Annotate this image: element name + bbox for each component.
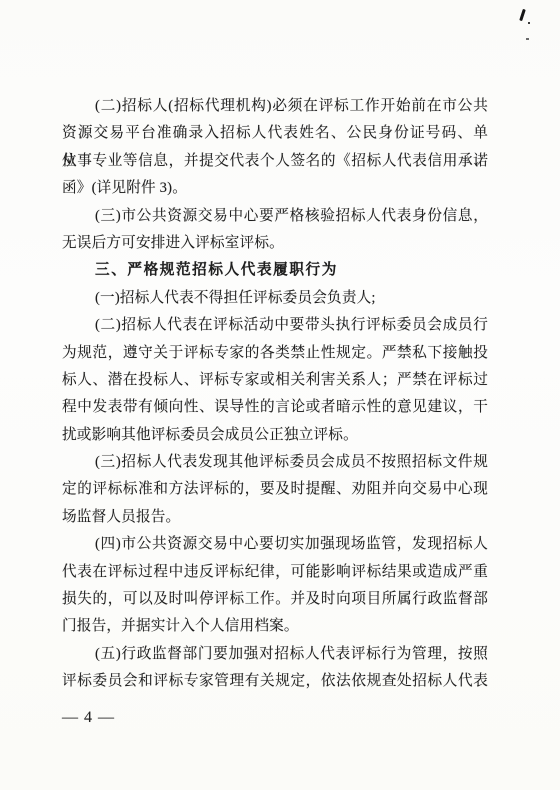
text-line: 标人、潜在投标人、评标专家或相关利害关系人；严禁在评标过 <box>62 367 488 394</box>
scan-noise-dot <box>526 38 529 40</box>
scan-noise-dot <box>528 22 530 24</box>
text-line: 函》(详见附件 3)。 <box>62 175 488 202</box>
text-line: (二)招标人(招标代理机构)必须在评标工作开始前在市公共 <box>62 93 488 120</box>
text-line: (三)市公共资源交易中心要严格核验招标人代表身份信息， <box>62 203 488 230</box>
text-line: (三)招标人代表发现其他评标委员会成员不按照招标文件规 <box>62 449 488 476</box>
text-line: 损失的，可以及时叫停评标工作。并及时向项目所属行政监督部 <box>62 586 488 613</box>
scan-noise-tick <box>519 9 526 21</box>
text-line: 无误后方可安排进入评标室评标。 <box>62 230 488 257</box>
text-line: 为规范，遵守关于评标专家的各类禁止性规定。严禁私下接触投 <box>62 340 488 367</box>
scan-noise-mark <box>500 0 560 60</box>
text-line: 代表在评标过程中违反评标纪律，可能影响评标结果或造成严重 <box>62 559 488 586</box>
text-line: 评标委员会和评标专家管理有关规定，依法依规查处招标人代表 <box>62 668 488 695</box>
document-text-block: (二)招标人(招标代理机构)必须在评标工作开始前在市公共资源交易平台准确录入招标… <box>62 93 488 696</box>
page-number: — 4 — <box>62 707 115 729</box>
text-line: 资源交易平台准确录入招标人代表姓名、公民身份证号码、单位、 <box>62 120 488 147</box>
text-line: 门报告，并据实计入个人信用档案。 <box>62 613 488 640</box>
text-line: 程中发表带有倾向性、误导性的言论或者暗示性的意见建议，干 <box>62 394 488 421</box>
text-line: 定的评标标准和方法评标的，要及时提醒、劝阻并向交易中心现 <box>62 476 488 503</box>
text-line: (五)行政监督部门要加强对招标人代表评标行为管理，按照 <box>62 641 488 668</box>
text-line: (一)招标人代表不得担任评标委员会负责人; <box>62 285 488 312</box>
text-line: 扰或影响其他评标委员会成员公正独立评标。 <box>62 422 488 449</box>
text-line: 场监督人员报告。 <box>62 504 488 531</box>
text-line: (二)招标人代表在评标活动中要带头执行评标委员会成员行 <box>62 312 488 339</box>
text-line: (四)市公共资源交易中心要切实加强现场监管，发现招标人 <box>62 531 488 558</box>
scanned-document-page: (二)招标人(招标代理机构)必须在评标工作开始前在市公共资源交易平台准确录入招标… <box>0 0 560 790</box>
text-line: 三、严格规范招标人代表履职行为 <box>62 257 488 284</box>
text-line: 从事专业等信息，并提交代表个人签名的《招标人代表信用承诺 <box>62 148 488 175</box>
